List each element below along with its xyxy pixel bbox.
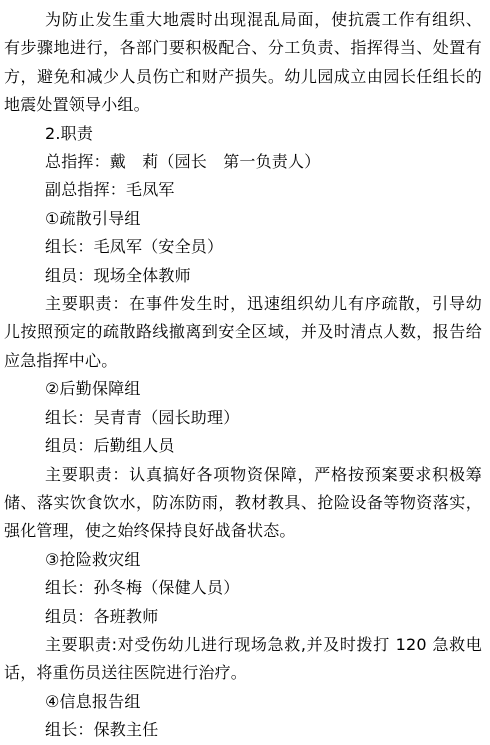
heading-logistics-group: ②后勤保障组 bbox=[4, 375, 482, 403]
line-rescue-members: 组员：各班教师 bbox=[4, 603, 482, 631]
paragraph-evacuation-duties: 主要职责：在事件发生时，迅速组织幼儿有序疏散，引导幼儿按照预定的疏散路线撤离到安… bbox=[4, 290, 482, 375]
paragraph-rescue-duties: 主要职责:对受伤幼儿进行现场急救,并及时拨打 120 急救电话，将重伤员送往医院… bbox=[4, 631, 482, 688]
heading-rescue-group: ③抢险救灾组 bbox=[4, 546, 482, 574]
line-evacuation-members: 组员：现场全体教师 bbox=[4, 262, 482, 290]
line-evacuation-leader: 组长：毛凤军（安全员） bbox=[4, 233, 482, 261]
document-page: 为防止发生重大地震时出现混乱局面，使抗震工作有组织、有步骤地进行，各部门要积极配… bbox=[0, 0, 490, 745]
heading-duties: 2.职责 bbox=[4, 120, 482, 148]
heading-evacuation-group: ①疏散引导组 bbox=[4, 205, 482, 233]
heading-information-group: ④信息报告组 bbox=[4, 688, 482, 716]
paragraph-logistics-duties: 主要职责：认真搞好各项物资保障，严格按预案要求积极筹储、落实饮食饮水，防冻防雨，… bbox=[4, 461, 482, 546]
line-rescue-leader: 组长：孙冬梅（保健人员） bbox=[4, 574, 482, 602]
line-information-leader: 组长：保教主任 bbox=[4, 716, 482, 744]
line-chief-commander: 总指挥：戴 莉（园长 第一负责人） bbox=[4, 148, 482, 176]
paragraph-intro: 为防止发生重大地震时出现混乱局面，使抗震工作有组织、有步骤地进行，各部门要积极配… bbox=[4, 6, 482, 120]
line-deputy-commander: 副总指挥：毛凤军 bbox=[4, 176, 482, 204]
line-logistics-members: 组员：后勤组人员 bbox=[4, 432, 482, 460]
line-logistics-leader: 组长：吴青青（园长助理） bbox=[4, 404, 482, 432]
